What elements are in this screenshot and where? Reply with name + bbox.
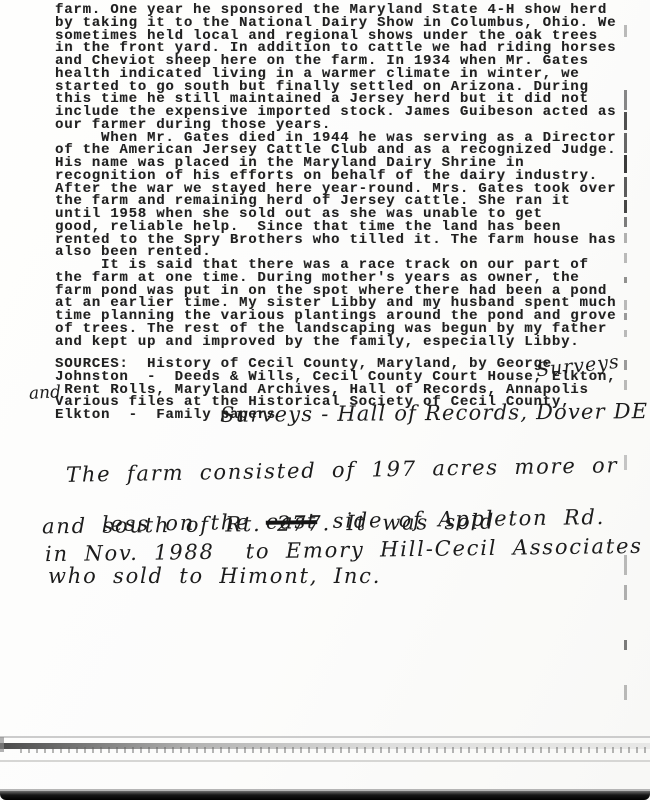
scan-streak-segment	[624, 217, 627, 227]
handwritten-note-line-3: and south of Rt. 277. It was sold	[42, 510, 495, 539]
scan-streak-segment	[624, 133, 627, 153]
scan-streak-segment	[624, 380, 627, 390]
typed-line: and kept up and improved by the family, …	[55, 336, 616, 349]
handwritten-note-line-5: who sold to Himont, Inc.	[48, 564, 381, 588]
sleeve-seam-perforations	[20, 747, 650, 753]
scan-streak-segment	[624, 640, 627, 650]
typed-body-text: farm. One year he sponsored the Maryland…	[55, 4, 616, 348]
scan-streak-segment	[624, 90, 627, 110]
handwritten-annotation-and: and	[28, 382, 61, 404]
scan-streak-segment	[624, 253, 627, 263]
scan-streak-segment	[624, 313, 627, 320]
scan-streak-segment	[624, 177, 627, 197]
scan-streak-segment	[624, 277, 627, 283]
scan-streak-segment	[624, 25, 627, 37]
scan-streak-segment	[624, 155, 627, 173]
sleeve-seam-left-notch	[0, 737, 4, 752]
scanned-page: farm. One year he sponsored the Maryland…	[0, 0, 650, 800]
scan-streak-segment	[624, 112, 627, 130]
handwritten-annotation-records: Surveys - Hall of Records, Dover DE	[220, 399, 648, 427]
sleeve-seam-top-line	[0, 736, 650, 738]
scan-streak-segment	[624, 233, 627, 243]
scan-streak-segment	[624, 585, 627, 600]
scan-streak-segment	[624, 685, 627, 700]
scan-streak-segment	[624, 555, 627, 575]
scan-streak-segment	[624, 200, 627, 213]
scan-streak-segment	[624, 300, 627, 310]
scanner-edge-bar	[0, 791, 650, 800]
scan-streak-segment	[624, 455, 627, 470]
scan-streak-segment	[624, 360, 627, 370]
scan-streak-segment	[624, 330, 627, 337]
sleeve-seam-bottom-line	[0, 760, 650, 762]
